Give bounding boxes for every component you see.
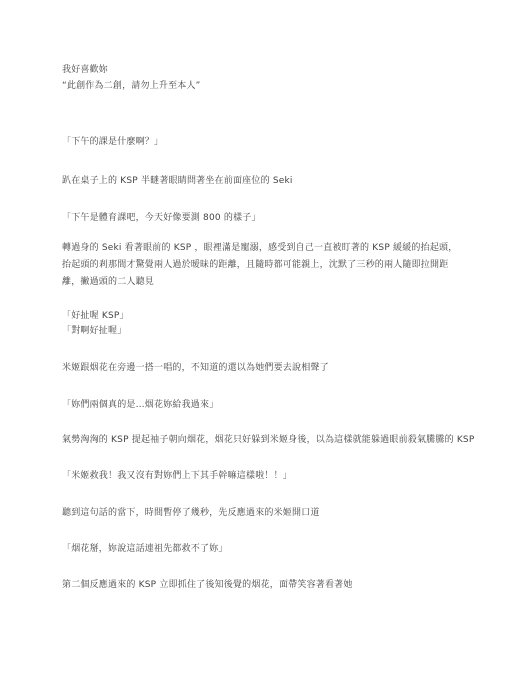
paragraph-3: 「下午是體育課吧，今天好像要測 800 的樣子」 — [62, 212, 261, 224]
paragraph-10: 「米姬救我！我又沒有對妳們上下其手幹嘛這樣啦！！」 — [62, 470, 292, 482]
paragraph-9: 氣勢洶洶的 KSP 提起袖子朝向烟花，烟花只好躲到米姬身後，以為這樣就能躲過眼前… — [62, 434, 474, 446]
paragraph-1: 「下午的課是什麼啊？」 — [62, 136, 163, 148]
paragraph-4: 轉過身的 Seki 看著眼前的 KSP ，眼裡滿是寵溺，感受到自己一直被盯著的 … — [62, 240, 464, 291]
paragraph-2: 趴在桌子上的 KSP 半瞇著眼睛問著坐在前面座位的 Seki — [62, 175, 293, 187]
document-title: 我好喜歡妳 — [62, 64, 108, 76]
paragraph-12: 「烟花掰，妳說這話連祖先都救不了妳」 — [62, 543, 228, 555]
paragraph-5: 「好扯喔 KSP」 — [62, 310, 129, 322]
paragraph-8: 「妳們兩個真的是…烟花妳給我過來」 — [62, 399, 218, 411]
paragraph-13: 第二個反應過來的 KSP 立即抓住了後知後覺的烟花，面帶笑容著看著她 — [62, 579, 353, 591]
paragraph-7: 米姬跟烟花在旁邊一搭一唱的，不知道的還以為她們要去說相聲了 — [62, 362, 329, 374]
paragraph-11: 聽到這句話的當下，時間暫停了幾秒，先反應過來的米姬開口道 — [62, 507, 320, 519]
paragraph-6: 「對啊好扯喔」 — [62, 325, 126, 337]
disclaimer: “此創作為二創，請勿上升至本人” — [62, 80, 201, 92]
